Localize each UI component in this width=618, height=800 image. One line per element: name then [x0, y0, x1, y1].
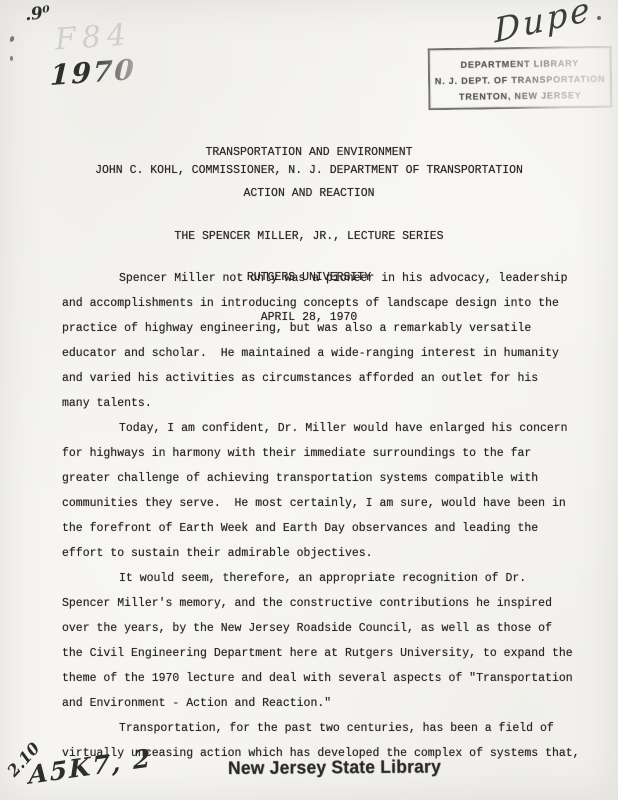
body-line: effort to sustain their admirable object… [62, 541, 602, 566]
body-line: Transportation, for the past two centuri… [62, 716, 602, 741]
body-line: educator and scholar. He maintained a wi… [62, 341, 602, 366]
scanned-document-page: .9⁰ F84 1970 Dupe DEPARTMENT LIBRARY N. … [0, 0, 618, 800]
handwritten-dupe-note: Dupe [493, 0, 593, 51]
body-line: and accomplishments in introducing conce… [62, 291, 602, 316]
ink-speck [9, 35, 15, 42]
body-line: theme of the 1970 lecture and deal with … [62, 666, 602, 691]
body-line: many talents. [62, 391, 602, 416]
event-line-1: THE SPENCER MILLER, JR., LECTURE SERIES [0, 230, 618, 244]
body-line: the forefront of Earth Week and Earth Da… [62, 516, 602, 541]
body-text: Spencer Miller not only was a pioneer in… [62, 266, 602, 766]
body-line: for highways in harmony with their immed… [62, 441, 602, 466]
body-line: Spencer Miller's memory, and the constru… [62, 591, 602, 616]
ink-speck [10, 56, 13, 61]
handwritten-price-mark: .9⁰ [24, 3, 51, 26]
body-line: over the years, by the New Jersey Roadsi… [62, 616, 602, 641]
state-library-stamp: New Jersey State Library [228, 756, 441, 779]
handwritten-faint-pencil-mark: F84 [54, 17, 133, 57]
author-line: JOHN C. KOHL, COMMISSIONER, N. J. DEPART… [0, 164, 618, 178]
title-line-1: TRANSPORTATION AND ENVIRONMENT [0, 146, 618, 160]
body-line: greater challenge of achieving transport… [62, 466, 602, 491]
body-line: and Environment - Action and Reaction." [62, 691, 602, 716]
ink-speck [597, 16, 601, 20]
title-line-2: ACTION AND REACTION [0, 187, 618, 201]
body-line: and varied his activities as circumstanc… [62, 366, 602, 391]
body-line: communities they serve. He most certainl… [62, 491, 602, 516]
handwritten-year-mark: 1970 [50, 53, 137, 92]
body-line: Today, I am confident, Dr. Miller would … [62, 416, 602, 441]
body-line: the Civil Engineering Department here at… [62, 641, 602, 666]
body-line: It would seem, therefore, an appropriate… [62, 566, 602, 591]
stamp-line-2: N. J. DEPT. OF TRANSPORTATION [430, 71, 610, 90]
stamp-line-3: TRENTON, NEW JERSEY [430, 87, 610, 106]
body-line: Spencer Miller not only was a pioneer in… [62, 266, 602, 291]
body-line: practice of highway engineering, but was… [62, 316, 602, 341]
department-library-stamp: DEPARTMENT LIBRARY N. J. DEPT. OF TRANSP… [428, 46, 613, 111]
